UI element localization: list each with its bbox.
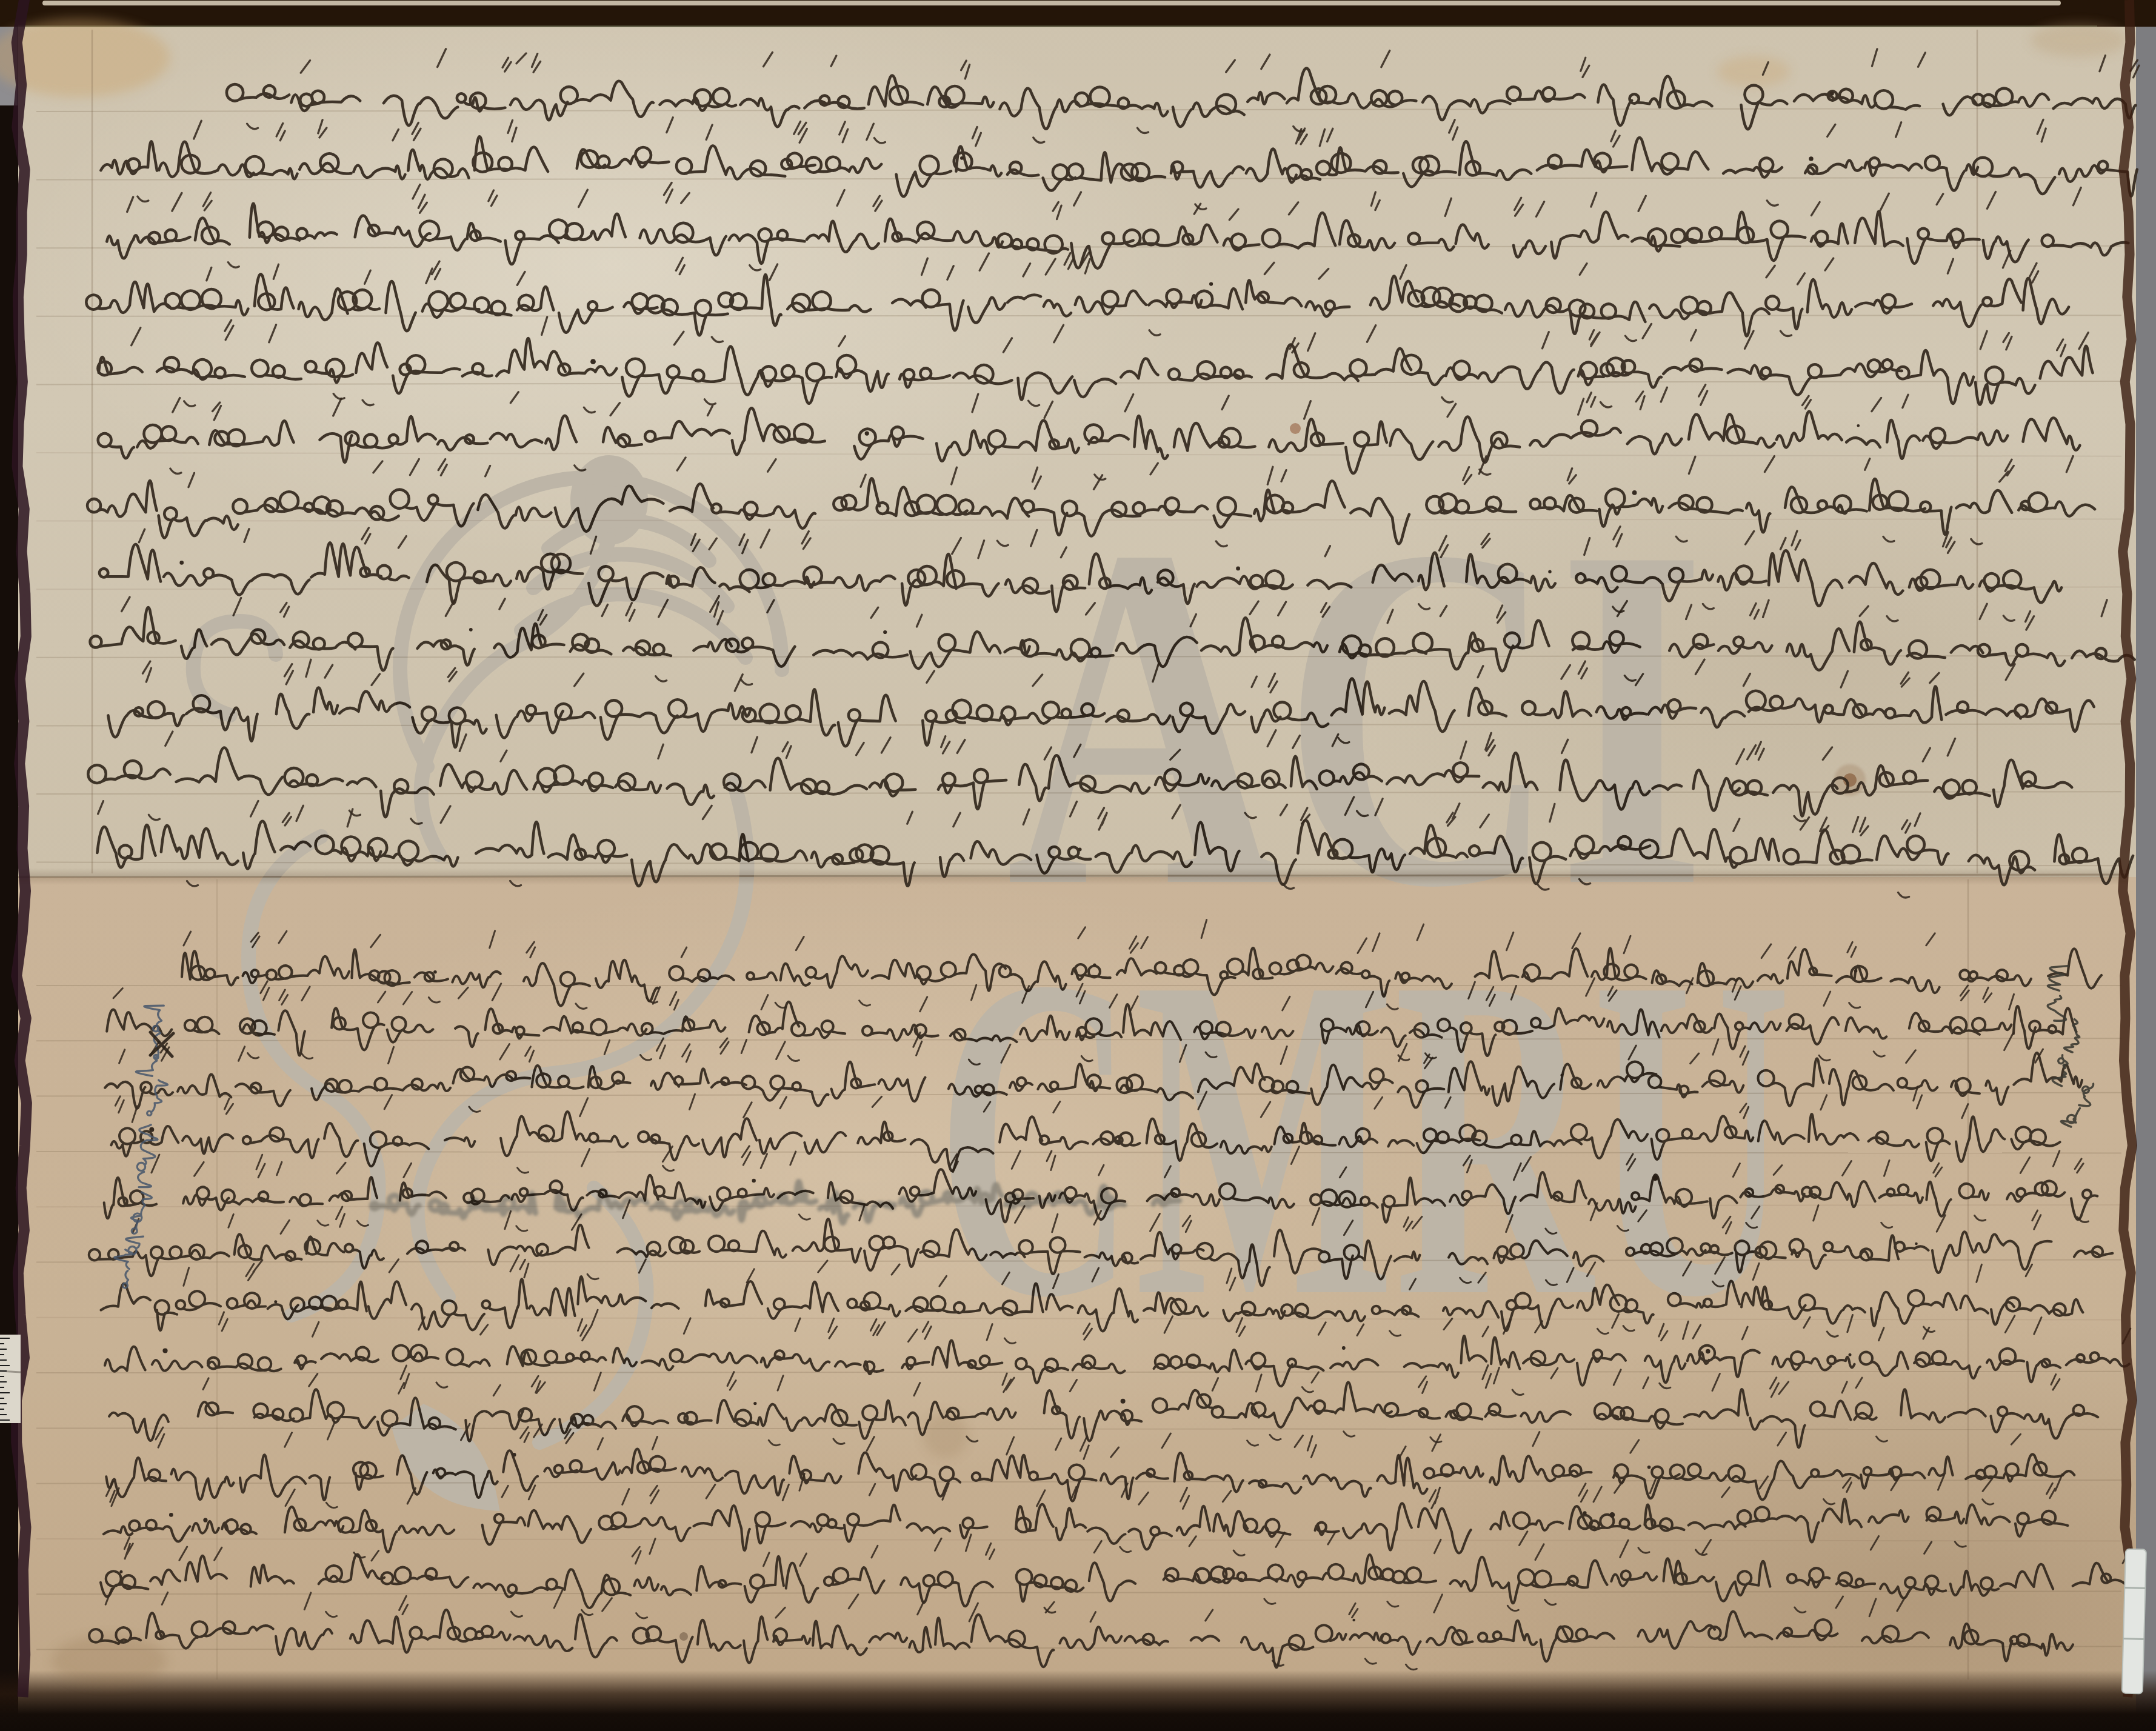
- watermark-logo-flourish: [193, 462, 782, 1503]
- left-ruler: [0, 1335, 21, 1423]
- left-margin-x-mark: [150, 1032, 173, 1056]
- right-white-strip: [2122, 1549, 2146, 1694]
- deckled-edge-left: [16, 0, 27, 1697]
- deckled-edge-right: [2123, 0, 2132, 1697]
- left-margin-catalog-number: [110, 1003, 177, 1290]
- watermark-acronym-bottom: CMRU: [936, 882, 1791, 1392]
- manuscript-render: ACI CMRU: [0, 0, 2156, 1731]
- manuscript-scan: ACI CMRU: [0, 0, 2156, 1731]
